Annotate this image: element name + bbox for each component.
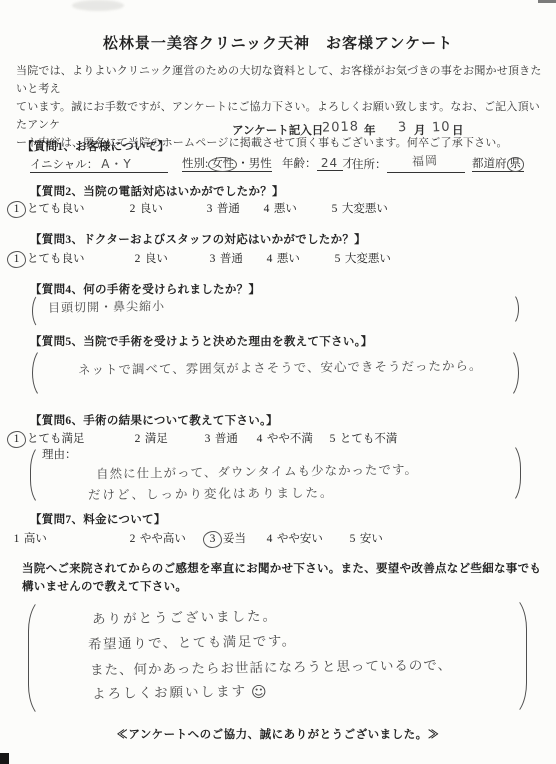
circled-answer-mark: 3 — [203, 531, 222, 548]
option-label: とても満足 — [27, 433, 85, 445]
q4-answer-handwriting: 目頭切開・鼻尖縮小 — [48, 297, 165, 316]
q5-heading: 【質問5、当院で手術を受けようと決めた理由を教えて下さい。】 — [30, 333, 373, 349]
q7-option-1: 1 高い — [12, 530, 47, 546]
q2-option-5: 5 大変悪い — [330, 200, 388, 216]
q4-heading: 【質問4、何の手術を受けられましたか？】 — [30, 281, 260, 297]
option-label: 悪い — [274, 203, 297, 215]
q1-fields-row: イニシャル： A・Y 性別:女性・男性 年齢：24才 住所：福岡 都道府県 — [0, 155, 556, 175]
answer-box-bracket-left — [28, 597, 47, 719]
initials-label: イニシャル： — [30, 159, 98, 171]
q7-option-3: 3妥当 — [208, 530, 246, 548]
comment-line4-wrap: よろしくお願いします ☺ — [92, 681, 267, 702]
footer-thanks: ≪アンケートへのご協力、誠にありがとうございました。≫ — [0, 726, 556, 742]
q3-option-1: 1とても良い — [12, 250, 85, 268]
address-label: 住所： — [352, 159, 387, 171]
q6-reason-line2: だけど、しっかり変化はありました。 — [88, 483, 335, 503]
option-label: 高い — [24, 533, 47, 545]
comment-line3: また、何かあったらお世話になろうと思っているので、 — [90, 653, 452, 678]
option-label: 悪い — [277, 253, 300, 265]
q1-heading: 【質問1、お客様について】 — [22, 138, 169, 154]
gender-field: 性別:女性・男性 — [182, 155, 272, 172]
prefecture-suffix: 都道府県 — [472, 155, 524, 172]
q6-option-4: 4 やや不満 — [255, 430, 313, 446]
gender-male-option: 男性 — [249, 158, 272, 170]
option-label: とても不満 — [340, 433, 398, 445]
q6-options-row: 1とても満足 2 満足 3 普通 4 やや不満 5 とても不満 — [0, 430, 556, 446]
q6-option-3: 3 普通 — [203, 430, 238, 446]
age-label: 年齢： — [282, 158, 317, 170]
q2-options-row: 1とても良い 2 良い 3 普通 4 悪い 5 大変悪い — [0, 200, 556, 216]
prefecture-ken-circled: 県 — [507, 157, 525, 172]
gender-female-selected: 女性 — [208, 157, 237, 172]
q7-heading: 【質問7、料金について】 — [30, 511, 166, 527]
q3-option-2: 2 良い — [133, 250, 168, 266]
option-label: 普通 — [220, 253, 243, 265]
q2-heading: 【質問2、当院の電話対応はいかがでしたか？】 — [30, 183, 284, 199]
answer-box-bracket-right — [508, 595, 527, 717]
option-label: とても良い — [27, 203, 85, 215]
q6-heading: 【質問6、手術の結果について教えて下さい。】 — [30, 412, 278, 428]
q6-option-5: 5 とても不満 — [328, 430, 397, 446]
scan-smudge — [72, 0, 124, 11]
q7-option-2: 2 やや高い — [128, 530, 186, 546]
answer-box-bracket-right — [505, 347, 519, 399]
option-label: 良い — [145, 253, 168, 265]
option-label: やや不満 — [267, 433, 313, 445]
answer-box-bracket-right — [505, 293, 519, 325]
option-label: 妥当 — [223, 533, 246, 545]
answer-box-bracket-left — [32, 293, 46, 329]
answer-box-bracket-left — [32, 347, 46, 399]
comment-line4: よろしくお願いします — [92, 680, 247, 703]
comment-line1: ありがとうございました。 — [92, 604, 278, 627]
option-label: 普通 — [215, 433, 238, 445]
date-day-value: 10 — [432, 120, 451, 136]
option-label: 大変悪い — [342, 203, 388, 215]
option-label: やや安い — [277, 533, 323, 545]
option-label: 良い — [140, 203, 163, 215]
age-field: 年齢：24才 — [282, 155, 354, 171]
option-label: やや高い — [140, 533, 186, 545]
date-label: アンケート記入日 — [232, 122, 323, 138]
q6-reason-line1: 自然に仕上がって、ダウンタイムも少なかったです。 — [96, 460, 418, 482]
gender-separator: ・ — [237, 158, 249, 170]
scan-corner-mark — [0, 753, 9, 764]
comment-prompt-line: 当院へご来院されてからのご感想を率直にお聞かせ下さい。また、要望や改善点など些細… — [22, 560, 542, 578]
comment-prompt: 当院へご来院されてからのご感想を率直にお聞かせ下さい。また、要望や改善点など些細… — [22, 560, 542, 596]
page-title: 松林景一美容クリニック天神 お客様アンケート — [0, 32, 556, 53]
q3-heading: 【質問3、ドクターおよびスタッフの対応はいかがでしたか？】 — [30, 231, 366, 247]
q3-option-3: 3 普通 — [208, 250, 243, 266]
option-label: とても良い — [27, 253, 85, 265]
address-value: 福岡 — [412, 151, 439, 169]
option-label: 満足 — [145, 433, 168, 445]
q2-option-2: 2 良い — [128, 200, 163, 216]
q5-answer-handwriting: ネットで調べて、雰囲気がよさそうで、安心できそうだったから。 — [78, 356, 483, 378]
smiley-face-icon: ☺ — [251, 683, 267, 701]
q7-option-4: 4 やや安い — [265, 530, 323, 546]
q3-options-row: 1とても良い 2 良い 3 普通 4 悪い 5 大変悪い — [0, 250, 556, 266]
age-value: 24 — [321, 156, 338, 170]
survey-scan-page: 松林景一美容クリニック天神 お客様アンケート 当院では、よりよいクリニック運営の… — [0, 0, 556, 764]
comment-prompt-line: 構いませんので教えて下さい。 — [22, 578, 542, 596]
circled-answer-mark: 1 — [7, 201, 26, 218]
q7-options-row: 1 高い 2 やや高い 3妥当 4 やや安い 5 安い — [0, 530, 556, 546]
date-year-unit: 年 — [364, 122, 376, 138]
q3-option-4: 4 悪い — [265, 250, 300, 266]
q3-option-5: 5 大変悪い — [333, 250, 391, 266]
initials-value: A・Y — [101, 157, 132, 171]
prefecture-text: 都道府 — [472, 158, 507, 170]
q6-reason-label: 理由： — [42, 446, 77, 462]
comment-line2: 希望通りで、とても満足です。 — [88, 629, 297, 653]
date-day-unit: 日 — [452, 122, 464, 138]
initials-field: イニシャル： A・Y — [30, 155, 168, 173]
gender-label: 性別: — [182, 158, 208, 170]
option-label: 大変悪い — [345, 253, 391, 265]
address-field: 住所：福岡 — [352, 155, 465, 173]
q2-option-1: 1とても良い — [12, 200, 85, 218]
date-month-value: 3 — [397, 120, 407, 136]
circled-answer-mark: 1 — [7, 431, 26, 448]
date-month-unit: 月 — [414, 122, 426, 138]
answer-box-bracket-right — [507, 442, 521, 504]
circled-answer-mark: 1 — [7, 251, 26, 268]
date-year-value: 2018 — [322, 119, 360, 135]
option-label: 普通 — [217, 203, 240, 215]
scan-streak — [538, 0, 556, 3]
q7-option-5: 5 安い — [348, 530, 383, 546]
q6-option-2: 2 満足 — [133, 430, 168, 446]
option-label: 安い — [360, 533, 383, 545]
q2-option-4: 4 悪い — [262, 200, 297, 216]
q2-option-3: 3 普通 — [205, 200, 240, 216]
intro-line: 当院では、よりよいクリニック運営のための大切な資料として、お客様がお気づきの事を… — [16, 62, 544, 98]
